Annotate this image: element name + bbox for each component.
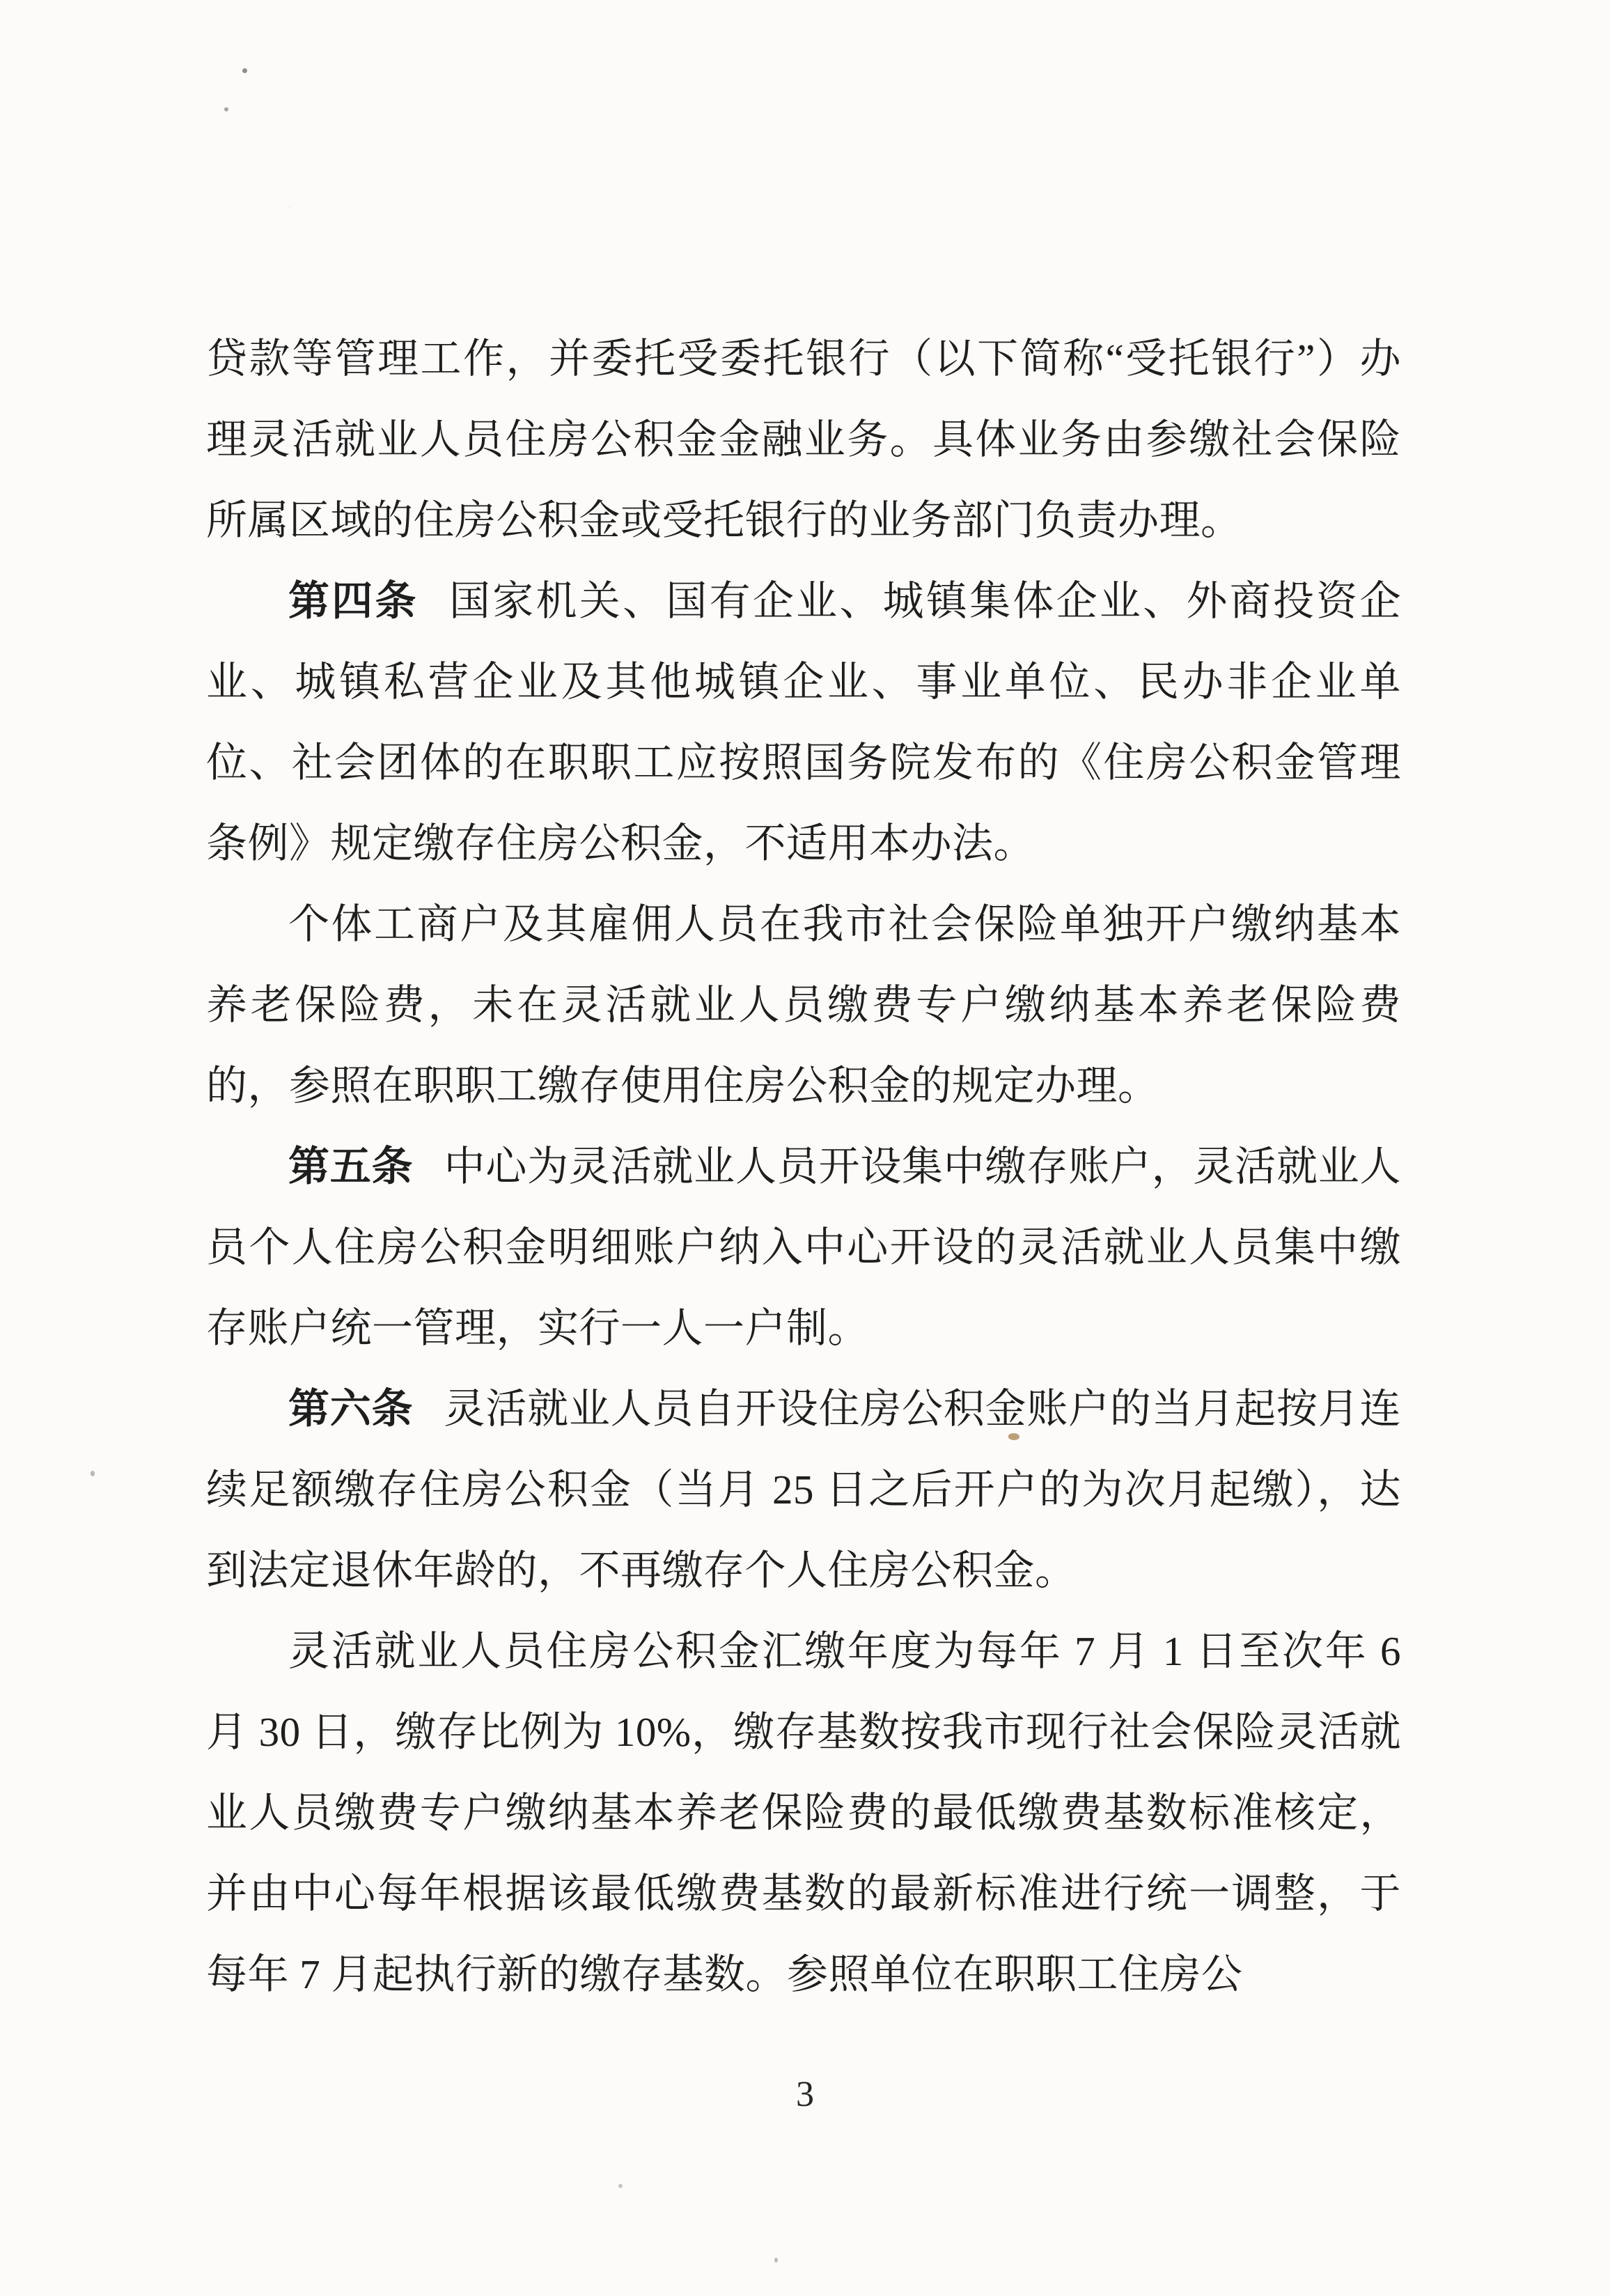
paragraph: 第四条国家机关、国有企业、城镇集体企业、外商投资企业、城镇私营企业及其他城镇企业… bbox=[206, 561, 1401, 884]
page-number: 3 bbox=[0, 2067, 1610, 2123]
scan-speck bbox=[618, 2184, 623, 2188]
paragraph: 第五条中心为灵活就业人员开设集中缴存账户，灵活就业人员个人住房公积金明细账户纳入… bbox=[206, 1126, 1401, 1368]
document-page: 贷款等管理工作，并委托受委托银行（以下简称“受托银行”）办理灵活就业人员住房公积… bbox=[0, 0, 1610, 2296]
scan-speck bbox=[224, 107, 228, 111]
scan-speck bbox=[91, 1471, 95, 1476]
paragraph: 个体工商户及其雇佣人员在我市社会保险单独开户缴纳基本养老保险费，未在灵活就业人员… bbox=[206, 884, 1401, 1126]
document-body: 贷款等管理工作，并委托受委托银行（以下简称“受托银行”）办理灵活就业人员住房公积… bbox=[206, 318, 1401, 2015]
section-heading: 第五条 bbox=[288, 1143, 413, 1189]
paragraph: 贷款等管理工作，并委托受委托银行（以下简称“受托银行”）办理灵活就业人员住房公积… bbox=[206, 318, 1401, 561]
scan-speck bbox=[242, 68, 247, 73]
paragraph: 第六条灵活就业人员自开设住房公积金账户的当月起按月连续足额缴存住房公积金（当月 … bbox=[206, 1368, 1401, 1611]
scan-speck bbox=[774, 2258, 778, 2263]
section-heading: 第六条 bbox=[288, 1386, 413, 1432]
section-heading: 第四条 bbox=[288, 578, 419, 624]
paragraph: 灵活就业人员住房公积金汇缴年度为每年 7 月 1 日至次年 6 月 30 日，缴… bbox=[206, 1611, 1401, 2015]
